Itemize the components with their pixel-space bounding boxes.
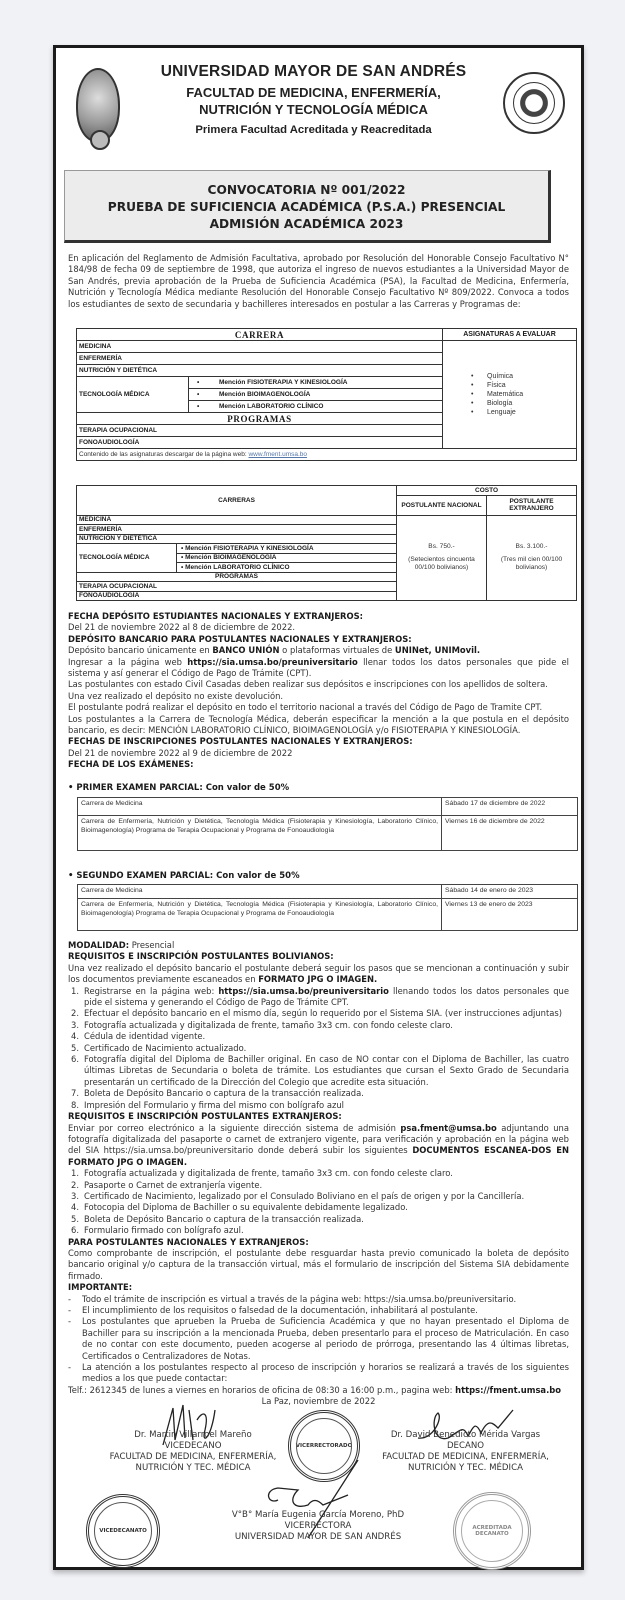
signer-role: DECANO: [368, 1441, 563, 1452]
th-extranjero: POSTULANTE EXTRANJERO: [487, 495, 577, 515]
list-item: 1.Registrarse en la página web: https://…: [71, 986, 569, 1009]
mencion-cell: • Mención LABORATORIO CLÍNICO: [177, 563, 397, 573]
career-cell-tecnologia: TECNOLOGÍA MÉDICA: [77, 377, 189, 413]
list-item: 5.Certificado de Nacimiento actualizado.: [71, 1043, 569, 1054]
importante-heading: IMPORTANTE:: [68, 1282, 569, 1293]
accreditation-tagline: Primera Facultad Acreditada y Reacredita…: [126, 122, 501, 138]
subject-item: Biología: [471, 399, 574, 408]
subject-item: Física: [471, 381, 574, 390]
list-item: 2.Pasaporte o Carnet de extranjería vige…: [71, 1180, 569, 1191]
document-header: UNIVERSIDAD MAYOR DE SAN ANDRÉS FACULTAD…: [56, 62, 581, 152]
importante-list: -Todo el trámite de inscripción es virtu…: [68, 1294, 569, 1385]
career-cell: NUTRICIÓN Y DIETÉTICA: [77, 365, 443, 377]
program-cell: TERAPIA OCUPACIONAL: [77, 582, 397, 592]
list-item: -Los postulantes que aprueben la Prueba …: [68, 1316, 569, 1362]
subject-item: Matemática: [471, 390, 574, 399]
req-ext-intro: Enviar por correo electrónico a la sigui…: [68, 1123, 569, 1169]
req-ext-heading: REQUISITOS E INSCRIPCIÓN POSTULANTES EXT…: [68, 1111, 569, 1122]
admission-email-link[interactable]: psa.fment@umsa.bo: [400, 1123, 496, 1133]
deposit-date-range: Del 21 de noviembre 2022 al 8 de diciemb…: [68, 622, 569, 633]
mencion-cell: • Mención BIOIMAGENOLOGÍA: [177, 553, 397, 563]
cost-extranjero-amount: Bs. 3.100.-: [489, 543, 574, 552]
decanato-stamp-icon: ACREDITADA DECANATO: [453, 1492, 531, 1570]
th-asignaturas: ASIGNATURAS A EVALUAR: [443, 329, 577, 341]
exam-career: Carrera de Enfermería, Nutrición y Dieté…: [78, 899, 442, 931]
inscription-date-heading: FECHAS DE INSCRIPCIONES POSTULANTES NACI…: [68, 736, 569, 747]
modalidad: MODALIDAD: Presencial: [68, 940, 569, 951]
subjects-list: Química Física Matemática Biología Lengu…: [443, 341, 577, 449]
vicedecanato-stamp-icon: VICEDECANATO: [86, 1494, 160, 1568]
cost-nacional: Bs. 750.- (Setecientos cincuenta 00/100 …: [397, 515, 487, 601]
cost-nacional-amount: Bs. 750.-: [399, 543, 484, 552]
signer-org: UNIVERSIDAD MAYOR DE SAN ANDRÉS: [218, 1532, 418, 1543]
th-nacional: POSTULANTE NACIONAL: [397, 495, 487, 515]
subjects-table: CARRERA ASIGNATURAS A EVALUAR MEDICINA Q…: [76, 328, 577, 461]
second-exam-title: • SEGUNDO EXAMEN PARCIAL: Con valor de 5…: [68, 871, 300, 881]
list-item: 2.Efectuar el depósito bancario en el mi…: [71, 1008, 569, 1019]
casadas-note: Las postulantes con estado Civil Casadas…: [68, 679, 569, 690]
signer-role: VICERRECTORA: [218, 1521, 418, 1532]
th-carrera: CARRERA: [77, 329, 443, 341]
para-ambos-text: Como comprobante de inscripción, el post…: [68, 1248, 569, 1282]
contact-line: Telf.: 2612345 de lunes a viernes en hor…: [68, 1385, 569, 1396]
convocatoria-year: ADMISIÓN ACADÉMICA 2023: [65, 216, 548, 233]
req-bol-heading: REQUISITOS E INSCRIPCIÓN POSTULANTES BOL…: [68, 951, 569, 962]
program-cell: TERAPIA OCUPACIONAL: [77, 425, 443, 437]
list-item: 5.Boleta de Depósito Bancario o captura …: [71, 1214, 569, 1225]
faculty-name-line2: NUTRICIÓN Y TECNOLOGÍA MÉDICA: [126, 101, 501, 118]
university-name: UNIVERSIDAD MAYOR DE SAN ANDRÉS: [126, 62, 501, 82]
convocatoria-subtitle: PRUEBA DE SUFICIENCIA ACADÉMICA (P.S.A.)…: [65, 199, 548, 216]
exam-date: Viernes 13 de enero de 2023: [442, 899, 578, 931]
tecnologia-deposit-note: Los postulantes a la Carrera de Tecnolog…: [68, 714, 569, 737]
signer-role: VICEDECANO: [108, 1441, 278, 1452]
th-programas: PROGRAMAS: [77, 413, 443, 425]
career-cell: MEDICINA: [77, 341, 443, 353]
cost-nacional-words: (Setecientos cincuenta 00/100 bolivianos…: [399, 556, 484, 573]
exam-career: Carrera de Enfermería, Nutrición y Dieté…: [78, 816, 442, 851]
cost-extranjero: Bs. 3.100.- (Tres mil cien 00/100 bolivi…: [487, 515, 577, 601]
signer-name: Dr. Martin Villarroel Mareño: [108, 1430, 278, 1441]
document-page: UNIVERSIDAD MAYOR DE SAN ANDRÉS FACULTAD…: [53, 45, 584, 1570]
no-refund-note: Una vez realizado el depósito no existe …: [68, 691, 569, 702]
req-ext-list: 1.Fotografía actualizada y digitalizada …: [68, 1168, 569, 1236]
fment-link[interactable]: www.fment.umsa.bo: [248, 451, 307, 458]
bank-deposit-heading: DEPÓSITO BANCARIO PARA POSTULANTES NACIO…: [68, 634, 569, 645]
signer-vicerrectora: V°B° María Eugenia García Moreno, PhD VI…: [218, 1510, 418, 1543]
faculty-name-line1: FACULTAD DE MEDICINA, ENFERMERÍA,: [126, 84, 501, 101]
career-cell: MEDICINA: [77, 515, 397, 525]
list-item: -El incumplimiento de los requisitos o f…: [68, 1305, 569, 1316]
list-item: 7.Boleta de Depósito Bancario o captura …: [71, 1088, 569, 1099]
signer-org: FACULTAD DE MEDICINA, ENFERMERÍA,: [368, 1452, 563, 1463]
inscription-date-range: Del 21 de noviembre 2022 al 9 de diciemb…: [68, 748, 569, 759]
fment-website-link[interactable]: https://fment.umsa.bo: [455, 1385, 561, 1395]
requirements-section: MODALIDAD: Presencial REQUISITOS E INSCR…: [68, 940, 569, 1408]
list-item: -Todo el trámite de inscripción es virtu…: [68, 1294, 569, 1305]
national-deposit-note: El postulante podrá realizar el depósito…: [68, 702, 569, 713]
exam-dates-heading: FECHA DE LOS EXÁMENES:: [68, 759, 569, 770]
deposit-date-heading: FECHA DEPÓSITO ESTUDIANTES NACIONALES Y …: [68, 611, 569, 622]
career-cell: ENFERMERÍA: [77, 525, 397, 535]
convocatoria-number: CONVOCATORIA Nº 001/2022: [65, 182, 548, 199]
th-costo: COSTO: [397, 486, 577, 496]
list-item: 4.Cédula de identidad vigente.: [71, 1031, 569, 1042]
program-cell: FONOAUDIOLOGÍA: [77, 437, 443, 449]
list-item: 3.Certificado de Nacimiento, legalizado …: [71, 1191, 569, 1202]
mencion-cell: •Mención BIOIMAGENOLOGÍA: [189, 389, 443, 401]
intro-paragraph: En aplicación del Reglamento de Admisión…: [68, 253, 569, 310]
signer-name: Dr. David Benedicto Mérida Vargas: [368, 1430, 563, 1441]
list-item: 4.Fotocopia del Diploma de Bachiller o s…: [71, 1202, 569, 1213]
sia-link[interactable]: https://sia.umsa.bo/preuniversitario: [218, 986, 389, 996]
req-bol-list: 1.Registrarse en la página web: https://…: [68, 986, 569, 1111]
table-row: Carrera de Enfermería, Nutrición y Dieté…: [78, 816, 578, 851]
signer-name: V°B° María Eugenia García Moreno, PhD: [218, 1510, 418, 1521]
table-row: Carrera de Enfermería, Nutrición y Dieté…: [78, 899, 578, 931]
table-row: Carrera de Medicina Sábado 17 de diciemb…: [78, 798, 578, 816]
th-carreras: CARRERAS: [77, 486, 397, 516]
signer-org: NUTRICIÓN Y TEC. MÉDICA: [368, 1463, 563, 1474]
exam-career: Carrera de Medicina: [78, 798, 442, 816]
req-bol-intro: Una vez realizado el depósito bancario e…: [68, 963, 569, 986]
career-cell: NUTRICIÓN Y DIETÉTICA: [77, 534, 397, 544]
first-exam-table: Carrera de Medicina Sábado 17 de diciemb…: [77, 797, 578, 851]
mencion-cell: •Mención FISIOTERAPIA Y KINESIOLOGÍA: [189, 377, 443, 389]
bank-deposit-text: Depósito bancario únicamente en BANCO UN…: [68, 645, 569, 656]
list-item: 6.Fotografía digital del Diploma de Bach…: [71, 1054, 569, 1088]
university-seal-icon: [76, 68, 120, 142]
web-instructions: Ingresar a la página web https://sia.ums…: [68, 657, 569, 680]
mencion-cell: • Mención FISIOTERAPIA Y KINESIOLOGÍA: [177, 544, 397, 554]
subject-item: Química: [471, 372, 574, 381]
exam-date: Sábado 14 de enero de 2023: [442, 885, 578, 899]
list-item: 8.Impresión del Formulario y firma del m…: [71, 1100, 569, 1111]
career-cell-tecnologia: TECNOLOGÍA MÉDICA: [77, 544, 177, 573]
signer-decano: Dr. David Benedicto Mérida Vargas DECANO…: [368, 1430, 563, 1474]
exam-career: Carrera de Medicina: [78, 885, 442, 899]
sia-link[interactable]: https://sia.umsa.bo/preuniversitario: [187, 657, 358, 667]
exam-date: Viernes 16 de diciembre de 2022: [442, 816, 578, 851]
para-ambos-heading: PARA POSTULANTES NACIONALES Y EXTRANJERO…: [68, 1237, 569, 1248]
faculty-seal-icon: [503, 72, 565, 134]
exam-date: Sábado 17 de diciembre de 2022: [442, 798, 578, 816]
deposit-section: FECHA DEPÓSITO ESTUDIANTES NACIONALES Y …: [68, 611, 569, 771]
th-programas: PROGRAMAS: [77, 572, 397, 582]
cost-table: CARRERAS COSTO POSTULANTE NACIONAL POSTU…: [76, 485, 577, 601]
cost-extranjero-words: (Tres mil cien 00/100 bolivianos): [489, 556, 574, 573]
convocatoria-title-box: CONVOCATORIA Nº 001/2022 PRUEBA DE SUFIC…: [64, 170, 551, 243]
list-item: 1.Fotografía actualizada y digitalizada …: [71, 1168, 569, 1179]
table-row: Carrera de Medicina Sábado 14 de enero d…: [78, 885, 578, 899]
signatures-block: Dr. Martin Villarroel Mareño VICEDECANO …: [68, 1400, 569, 1570]
list-item: 3.Fotografía actualizada y digitalizada …: [71, 1020, 569, 1031]
program-cell: FONOAUDIOLOGÍA: [77, 591, 397, 601]
first-exam-title: • PRIMER EXAMEN PARCIAL: Con valor de 50…: [68, 783, 289, 793]
second-exam-table: Carrera de Medicina Sábado 14 de enero d…: [77, 884, 578, 931]
career-cell: ENFERMERÍA: [77, 353, 443, 365]
subjects-note: Contenido de las asignaturas descargar d…: [77, 449, 577, 461]
list-item: -La atención a los postulantes respecto …: [68, 1362, 569, 1385]
list-item: 6.Formulario firmado con bolígrafo azul.: [71, 1225, 569, 1236]
subject-item: Lenguaje: [471, 408, 574, 417]
mencion-cell: •Mención LABORATORIO CLÍNICO: [189, 401, 443, 413]
